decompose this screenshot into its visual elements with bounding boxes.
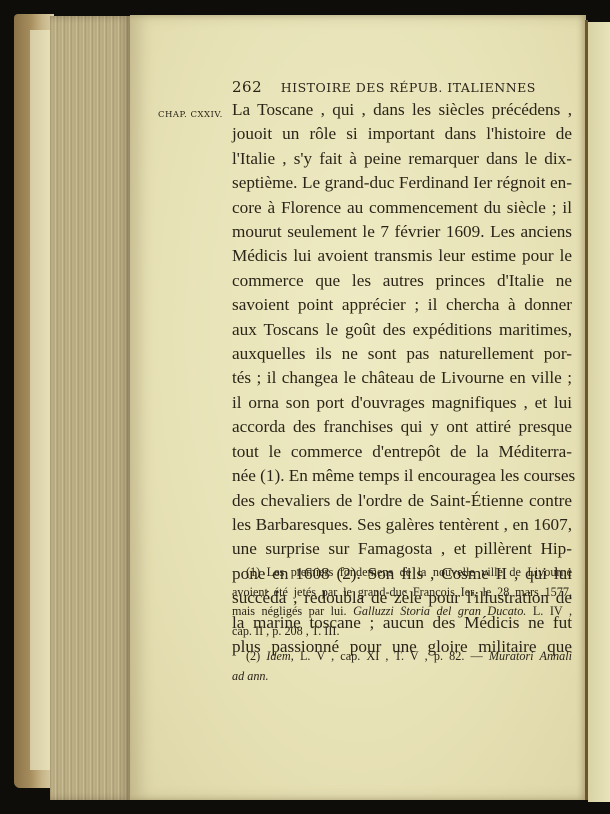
endpaper-edge (30, 30, 52, 770)
text-line: Médicis lui avoient transmis leur estime… (232, 244, 572, 268)
text-line: auxquelles ils ne sont pas naturellement… (232, 342, 572, 366)
text-line: il orna son port d'ouvrages magnifiques … (232, 391, 572, 415)
footnote-2: (2) Idem, L. V , cap. XI , T. V , p. 82.… (232, 647, 572, 686)
footnotes: (1) Les premiers fondemens de la nouvell… (232, 563, 572, 686)
chapter-margin-note: CHAP. CXXIV. (158, 110, 223, 120)
page-number: 262 (232, 78, 262, 96)
text-line: mourut seulement le 7 février 1609. Les … (232, 220, 572, 244)
text-line: commerce que les autres princes d'Italie… (232, 269, 572, 293)
text-line: tés ; il changea le château de Livourne … (232, 366, 572, 390)
facing-page-sliver (588, 22, 610, 802)
scanned-book-spread: 262 HISTOIRE DES RÉPUB. ITALIENNES CHAP.… (0, 0, 610, 814)
footnote-marker: (2) (246, 649, 260, 663)
text-line: tout le commerce d'entrepôt de la Médite… (232, 440, 572, 464)
text-line: accorda des franchises qui y ont attiré … (232, 415, 572, 439)
text-line: La Toscane , qui , dans les siècles préc… (232, 98, 572, 122)
footnote-citation-title: Galluzzi Storia del gran Ducato. (353, 604, 526, 618)
text-line: savoient point apprécier ; il chercha à … (232, 293, 572, 317)
footnote-text: mais négligés par lui. (232, 604, 347, 618)
running-title: HISTOIRE DES RÉPUB. ITALIENNES (281, 80, 536, 95)
footnote-citation-title: Idem (266, 649, 290, 663)
footnote-line: avoient été jetés par le grand-duc Franç… (232, 583, 572, 603)
footnote-text: L. IV , (533, 604, 572, 618)
footnote-citation-title: Muratori Annali (489, 649, 572, 663)
footnote-line: (2) Idem, L. V , cap. XI , T. V , p. 82.… (232, 647, 572, 667)
footnote-line: mais négligés par lui. Galluzzi Storia d… (232, 602, 572, 622)
text-line: une surprise sur Famagosta , et pillèren… (232, 537, 572, 561)
text-line: les Barbaresques. Ses galères tentèrent … (232, 513, 572, 537)
running-head: 262 HISTOIRE DES RÉPUB. ITALIENNES (232, 78, 572, 96)
text-line: l'Italie , s'y fait à peine remarquer da… (232, 147, 572, 171)
text-line: jouoit un rôle si important dans l'histo… (232, 122, 572, 146)
text-line: aux Toscans le goût des expéditions mari… (232, 318, 572, 342)
footnote-line: (1) Les premiers fondemens de la nouvell… (232, 563, 572, 583)
footnote-line: ad ann. (232, 667, 572, 687)
footnote-text: , L. V , cap. XI , T. V , p. 82. — (291, 649, 483, 663)
text-line: core à Florence au commencement du siècl… (232, 196, 572, 220)
text-line: née (1). En même temps il encouragea les… (232, 464, 572, 488)
page-edges-stack (50, 16, 132, 800)
footnote-line: cap. II , p. 208 , T. III. (232, 622, 572, 642)
footnote-1: (1) Les premiers fondemens de la nouvell… (232, 563, 572, 641)
text-line: des chevaliers de l'ordre de Saint-Étien… (232, 489, 572, 513)
text-line: septième. Le grand-duc Ferdinand Ier rég… (232, 171, 572, 195)
